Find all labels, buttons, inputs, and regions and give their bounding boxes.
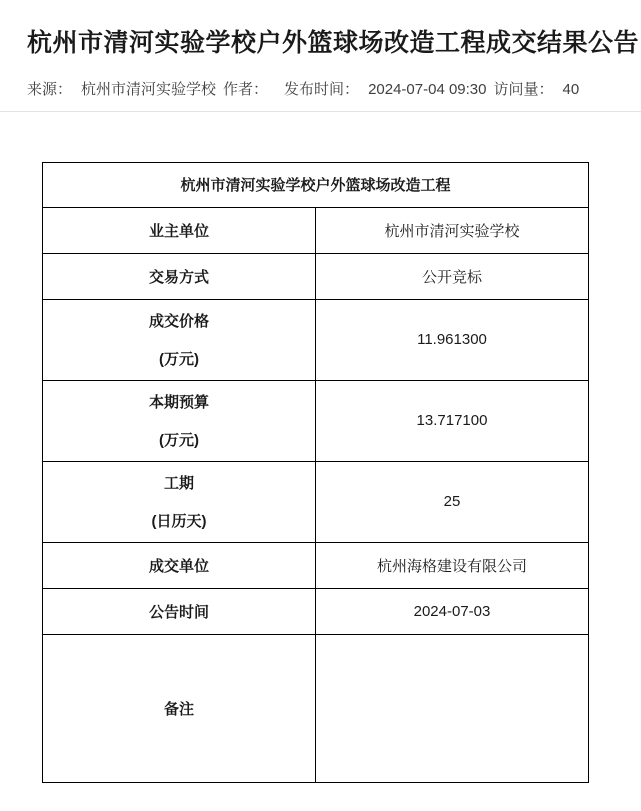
table-row: 工期 (日历天) 25 [43, 461, 589, 542]
winner-unit-value: 杭州海格建设有限公司 [316, 542, 589, 588]
table-row: 成交价格 (万元) 11.961300 [43, 299, 589, 380]
owner-unit-label: 业主单位 [43, 207, 316, 253]
trade-method-label: 交易方式 [43, 253, 316, 299]
table-row: 成交单位 杭州海格建设有限公司 [43, 542, 589, 588]
table-row: 公告时间 2024-07-03 [43, 588, 589, 634]
views-value: 40 [563, 81, 580, 98]
result-table: 杭州市清河实验学校户外篮球场改造工程 业主单位 杭州市清河实验学校 交易方式 公… [42, 162, 589, 783]
project-name-header: 杭州市清河实验学校户外篮球场改造工程 [43, 162, 589, 207]
views-label: 访问量： [494, 81, 554, 98]
meta-line: 来源：杭州市清河实验学校作者：发布时间：2024-07-04 09:30访问量：… [27, 78, 614, 99]
table-header-row: 杭州市清河实验学校户外篮球场改造工程 [43, 162, 589, 207]
table-row: 本期预算 (万元) 13.717100 [43, 380, 589, 461]
table-row: 业主单位 杭州市清河实验学校 [43, 207, 589, 253]
publish-time-label: 发布时间： [284, 81, 359, 98]
deal-price-label: 成交价格 (万元) [43, 299, 316, 380]
budget-label: 本期预算 (万元) [43, 380, 316, 461]
budget-value: 13.717100 [316, 380, 589, 461]
duration-value: 25 [316, 461, 589, 542]
duration-label: 工期 (日历天) [43, 461, 316, 542]
trade-method-value: 公开竞标 [316, 253, 589, 299]
deal-price-value: 11.961300 [316, 299, 589, 380]
announcement-page: 杭州市清河实验学校户外篮球场改造工程成交结果公告 来源：杭州市清河实验学校作者：… [0, 0, 641, 811]
announce-date-label: 公告时间 [43, 588, 316, 634]
remark-value [316, 634, 589, 782]
owner-unit-value: 杭州市清河实验学校 [316, 207, 589, 253]
table-row: 备注 [43, 634, 589, 782]
remark-label: 备注 [43, 634, 316, 782]
source-label: 来源： [27, 81, 72, 98]
header-divider [0, 111, 641, 112]
announce-date-value: 2024-07-03 [316, 588, 589, 634]
author-label: 作者： [223, 81, 268, 98]
table-row: 交易方式 公开竞标 [43, 253, 589, 299]
page-title: 杭州市清河实验学校户外篮球场改造工程成交结果公告 [27, 27, 614, 60]
winner-unit-label: 成交单位 [43, 542, 316, 588]
source-value: 杭州市清河实验学校 [81, 81, 216, 98]
publish-time-value: 2024-07-04 09:30 [368, 81, 486, 98]
